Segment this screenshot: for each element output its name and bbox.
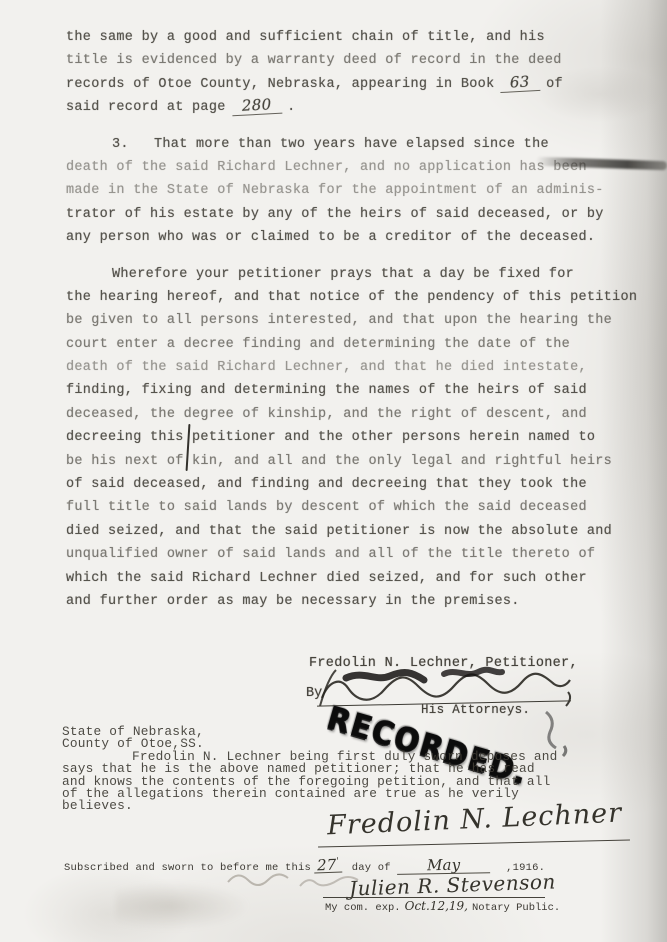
document-line: said record at page280. (66, 96, 637, 119)
document-line-text: records of Otoe County, Nebraska, appear… (66, 77, 494, 92)
his-attorneys-label: His Attorneys. (421, 703, 530, 717)
document-line-text: of (546, 77, 563, 92)
page-number-handwritten: 280 (231, 98, 281, 117)
document-line: died seized, and that the said petitione… (66, 520, 637, 543)
document-line: title is evidenced by a warranty deed of… (66, 49, 637, 72)
document-line: any person who was or claimed to be a cr… (66, 226, 637, 249)
document-line: decreeing this petitioner and the other … (66, 426, 637, 449)
document-line: made in the State of Nebraska for the ap… (66, 179, 637, 202)
document-line: Wherefore your petitioner prays that a d… (66, 263, 637, 286)
commission-line: My com. exp.Oct.12,19,Notary Public. (325, 899, 560, 914)
affidavit-line: of the allegations therein contained are… (62, 788, 558, 800)
document-line: deceased, the degree of kinship, and the… (66, 403, 637, 426)
document-line: death of the said Richard Lechner, and t… (66, 356, 637, 379)
document-line-text: said record at page (66, 100, 226, 115)
notary-public-label: Notary Public. (472, 902, 560, 914)
document-line: the hearing hereof, and that notice of t… (66, 286, 637, 309)
document-line: be given to all persons interested, and … (66, 309, 637, 332)
document-line: full title to said lands by descent of w… (66, 496, 637, 519)
document-line: 3. That more than two years have elapsed… (66, 133, 637, 156)
paragraph-three: 3. That more than two years have elapsed… (66, 133, 637, 250)
document-line: the same by a good and sufficient chain … (66, 26, 637, 49)
document-body: the same by a good and sufficient chain … (66, 26, 637, 613)
document-line: and further order as may be necessary in… (66, 590, 637, 613)
book-number-handwritten: 63 (500, 75, 540, 93)
document-line: which the said Richard Lechner died seiz… (66, 567, 637, 590)
document-line: finding, fixing and determining the name… (66, 379, 637, 402)
legal-document-page: the same by a good and sufficient chain … (0, 0, 667, 942)
prayer-paragraph: Wherefore your petitioner prays that a d… (66, 263, 637, 614)
affidavit-block: State of Nebraska, County of Otoe,SS. Fr… (62, 726, 558, 813)
commission-label: My com. exp. (325, 902, 401, 914)
document-line: trator of his estate by any of the heirs… (66, 203, 637, 226)
faint-smudge (116, 882, 250, 930)
commission-date-handwritten: Oct.12,19, (405, 899, 468, 913)
document-line: court enter a decree finding and determi… (66, 333, 637, 356)
signature-underline (318, 839, 630, 847)
document-line: records of Otoe County, Nebraska, appear… (66, 73, 637, 96)
document-line-text: . (287, 100, 295, 115)
signature-underline (323, 897, 545, 898)
document-line: of said deceased, and finding and decree… (66, 473, 637, 496)
document-line: unqualified owner of said lands and all … (66, 543, 637, 566)
document-line: be his next of kin, and all and the only… (66, 450, 637, 473)
